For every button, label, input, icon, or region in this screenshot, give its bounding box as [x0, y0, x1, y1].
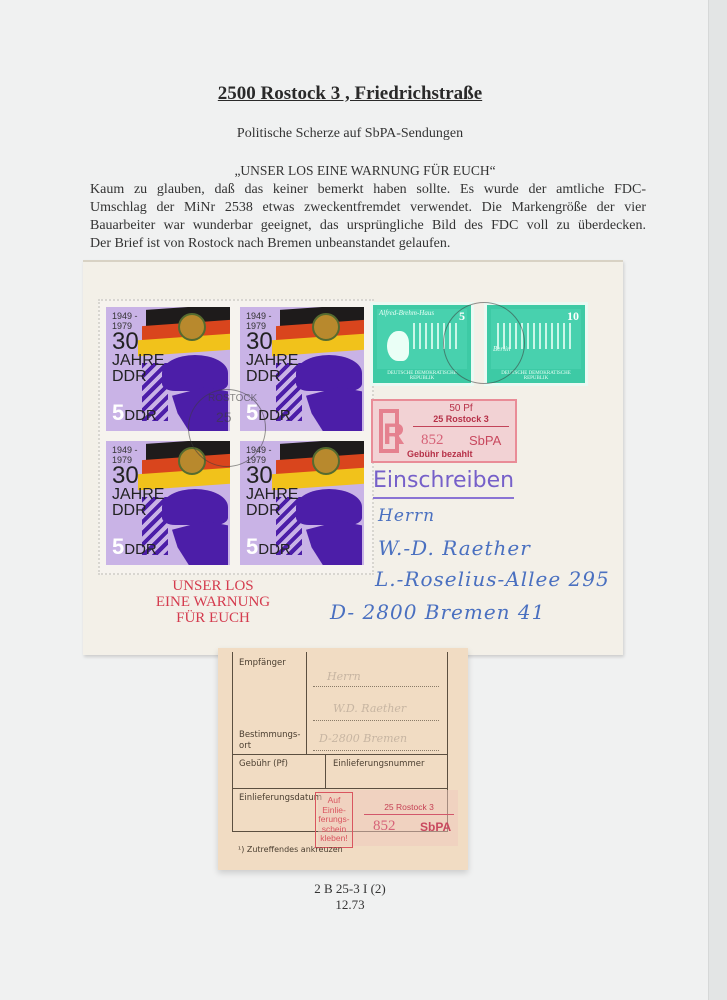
- sticker-here-box: Auf Einlie- ferungs- schein kleben!: [315, 792, 353, 848]
- quote-heading: „UNSER LOS EINE WARNUNG FÜR EUCH“: [0, 163, 727, 179]
- description-line: Der Brief ist von Rostock nach Bremen un…: [90, 235, 646, 253]
- page-title: 2500 Rostock 3 , Friedrichstraße: [0, 83, 700, 105]
- warning-imprint: UNSER LOS EINE WARNUNG FÜR EUCH: [128, 578, 298, 626]
- envelope: 1949 -1979 30 JAHRE DDR 5DDR 1949 -1979 …: [83, 260, 623, 655]
- ddr-emblem-icon: [178, 313, 206, 341]
- ddr-stamp: 1949 -1979 30 JAHRE DDR 5DDR: [240, 441, 364, 565]
- description-line: Umschlag der MiNr 2538 etwas zweckentfre…: [90, 199, 646, 217]
- description-line: Bauarbeiter war wunderbar geeignet, das …: [90, 217, 646, 235]
- pelican-icon: [387, 331, 409, 361]
- description-text: Kaum zu glauben, daß das keiner bemerkt …: [90, 181, 646, 253]
- ddr-emblem-icon: [312, 447, 340, 475]
- stamp-block-of-four: 1949 -1979 30 JAHRE DDR 5DDR 1949 -1979 …: [98, 299, 374, 575]
- album-page: 2500 Rostock 3 , Friedrichstraße Politis…: [0, 0, 708, 1000]
- page-edge: [708, 0, 727, 1000]
- ddr-emblem-icon: [312, 313, 340, 341]
- receipt-footnote: ¹) Zutreffendes ankreuzen: [238, 845, 343, 854]
- registration-receipt: Empfänger Bestimmungs- ort Herrn W.D. Ra…: [218, 648, 468, 870]
- description-line: Kaum zu glauben, daß das keiner bemerkt …: [90, 181, 646, 199]
- page-subtitle: Politische Scherze auf SbPA-Sendungen: [0, 126, 700, 142]
- registered-stamp: Einschreiben: [373, 468, 514, 499]
- catalog-code: 2 B 25-3 I (2): [0, 881, 700, 897]
- registration-label: R 50 Pf 25 Rostock 3 852 SbPA Gebühr bez…: [371, 399, 517, 463]
- address-line: W.-D. Raether: [378, 536, 531, 560]
- catalog-date: 12.73: [0, 897, 700, 913]
- address-line: D- 2800 Bremen 41: [330, 600, 545, 624]
- address-line: Herrn: [378, 506, 435, 526]
- address-line: L.-Roselius-Allee 295: [375, 567, 610, 591]
- postmark: [443, 302, 525, 384]
